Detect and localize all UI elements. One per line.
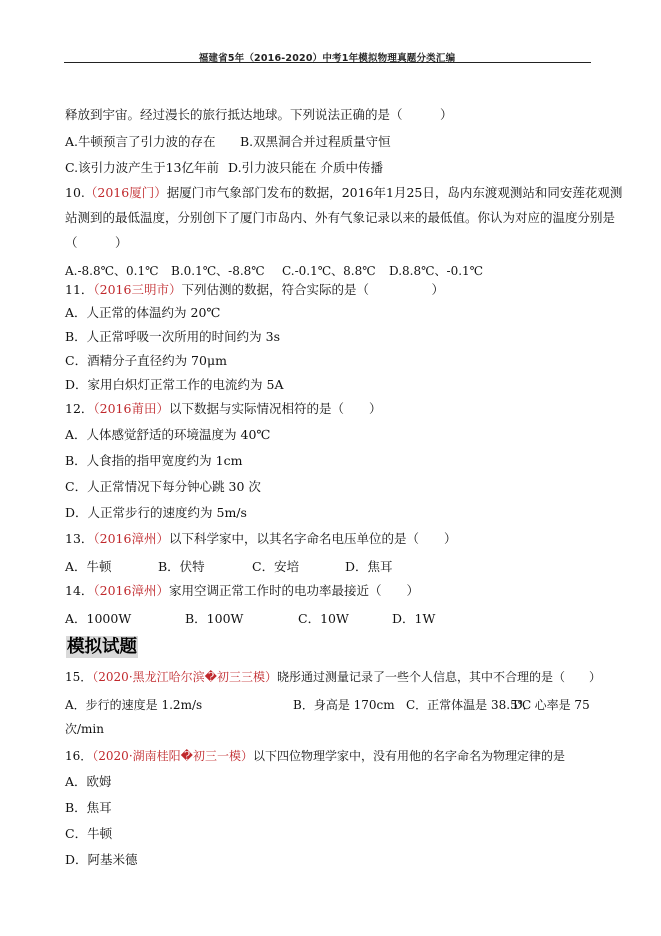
q11-number: 11． xyxy=(65,282,93,297)
q12-option-d: D．人正常步行的速度约为 5m/s xyxy=(65,505,247,521)
q11-option-a: A．人正常的体温约为 20℃ xyxy=(65,305,220,321)
q10-option-a: A.-8.8℃、0.1℃ xyxy=(65,262,159,279)
q11-source: （2016三明市） xyxy=(93,282,181,297)
q9-option-c: C.该引力波产生于13亿年前 xyxy=(65,158,219,176)
q12-stem: 以下数据与实际情况相符的是（ ） xyxy=(169,401,382,416)
q10-option-d: D.8.8℃、-0.1℃ xyxy=(389,262,483,279)
q10-line1: 10.（2016厦门）据厦门市气象部门发布的数据，2016年1月25日，岛内东渡… xyxy=(65,185,622,201)
q13-source: （2016漳州） xyxy=(93,531,169,546)
q16-stem: 以下四位物理学家中，没有用他的名字命名为物理定律的是 xyxy=(253,749,565,763)
q13-option-c: C．安培 xyxy=(252,557,299,575)
q14-stem-line: 14．（2016漳州）家用空调正常工作时的电功率最接近（ ） xyxy=(65,583,419,599)
q16-option-a: A．欧姆 xyxy=(65,774,112,790)
section-heading: 模拟试题 xyxy=(66,636,138,658)
q11-option-d: D．家用白炽灯正常工作的电流约为 5A xyxy=(65,377,283,393)
q16-stem-line: 16．（2020·湖南桂阳�初三一模）以下四位物理学家中，没有用他的名字命名为物… xyxy=(65,748,565,764)
q15-option-a: A．步行的速度是 1.2m/s xyxy=(65,696,202,713)
q15-stem-line: 15．（2020·黑龙江哈尔滨�初三三模）晓彤通过测量记录了一些个人信息，其中不… xyxy=(65,669,601,685)
q14-stem: 家用空调正常工作时的电功率最接近（ ） xyxy=(169,583,419,598)
q12-option-c: C．人正常情况下每分钟心跳 30 次 xyxy=(65,479,261,495)
q14-option-b: B．100W xyxy=(185,609,243,627)
q11-option-b: B．人正常呼吸一次所用的时间约为 3s xyxy=(65,329,280,345)
q13-stem-line: 13．（2016漳州）以下科学家中，以其名字命名电压单位的是（ ） xyxy=(65,531,456,547)
q15-number: 15． xyxy=(65,670,92,684)
q13-option-d: D．焦耳 xyxy=(345,557,393,575)
q11-option-c: C．酒精分子直径约为 70μm xyxy=(65,353,227,369)
q14-source: （2016漳州） xyxy=(93,583,169,598)
q10-stem-line1: 据厦门市气象部门发布的数据，2016年1月25日，岛内东渡观测站和同安莲花观测 xyxy=(167,185,623,200)
q14-option-c: C．10W xyxy=(298,609,349,627)
q10-option-b: B.0.1℃、-8.8℃ xyxy=(171,262,265,279)
q10-option-c: C.-0.1℃、8.8℃ xyxy=(282,262,376,279)
q16-option-d: D．阿基米德 xyxy=(65,852,138,868)
q15-source: （2020·黑龙江哈尔滨�初三三模） xyxy=(92,670,277,684)
q16-source: （2020·湖南桂阳�初三一模） xyxy=(92,749,253,763)
q15-option-d: D．心率是 75 xyxy=(513,696,590,713)
header-rule xyxy=(64,62,591,63)
q14-number: 14． xyxy=(65,583,93,598)
q12-option-b: B．人食指的指甲宽度约为 1cm xyxy=(65,453,242,469)
q14-option-a: A．1000W xyxy=(65,609,131,627)
q10-stem-line2: 站测到的最低温度，分别创下了厦门市岛内、外有气象记录以来的最低值。你认为对应的温… xyxy=(65,210,615,226)
q9-stem-tail: 释放到宇宙。经过漫长的旅行抵达地球。下列说法正确的是（ ） xyxy=(65,107,453,123)
q15-stem: 晓彤通过测量记录了一些个人信息，其中不合理的是（ ） xyxy=(277,670,601,684)
q16-number: 16． xyxy=(65,749,92,763)
q16-option-b: B．焦耳 xyxy=(65,800,112,816)
q9-option-d: D.引力波只能在 介质中传播 xyxy=(228,158,383,176)
q13-number: 13． xyxy=(65,531,93,546)
q13-option-a: A．牛顿 xyxy=(65,557,112,575)
q9-option-a: A.牛顿预言了引力波的存在 xyxy=(65,132,216,150)
q9-option-b: B.双黑洞合并过程质量守恒 xyxy=(240,132,391,150)
q15-option-d-wrap: 次/min xyxy=(65,721,104,737)
q13-stem: 以下科学家中，以其名字命名电压单位的是（ ） xyxy=(169,531,457,546)
q10-source: （2016厦门） xyxy=(85,185,167,200)
q16-option-c: C．牛顿 xyxy=(65,826,112,842)
q13-option-b: B．伏特 xyxy=(158,557,205,575)
q10-number: 10. xyxy=(65,185,85,200)
q12-number: 12． xyxy=(65,401,93,416)
q10-blank: （ ） xyxy=(65,235,128,251)
q12-stem-line: 12．（2016莆田）以下数据与实际情况相符的是（ ） xyxy=(65,401,381,417)
q11-stem-line: 11．（2016三明市）下列估测的数据，符合实际的是（ ） xyxy=(65,282,444,298)
q12-source: （2016莆田） xyxy=(93,401,169,416)
q15-option-b: B．身高是 170cm xyxy=(293,696,395,713)
q14-option-d: D．1W xyxy=(392,609,435,627)
q11-stem: 下列估测的数据，符合实际的是（ ） xyxy=(181,282,444,297)
q12-option-a: A．人体感觉舒适的环境温度为 40℃ xyxy=(65,427,270,443)
